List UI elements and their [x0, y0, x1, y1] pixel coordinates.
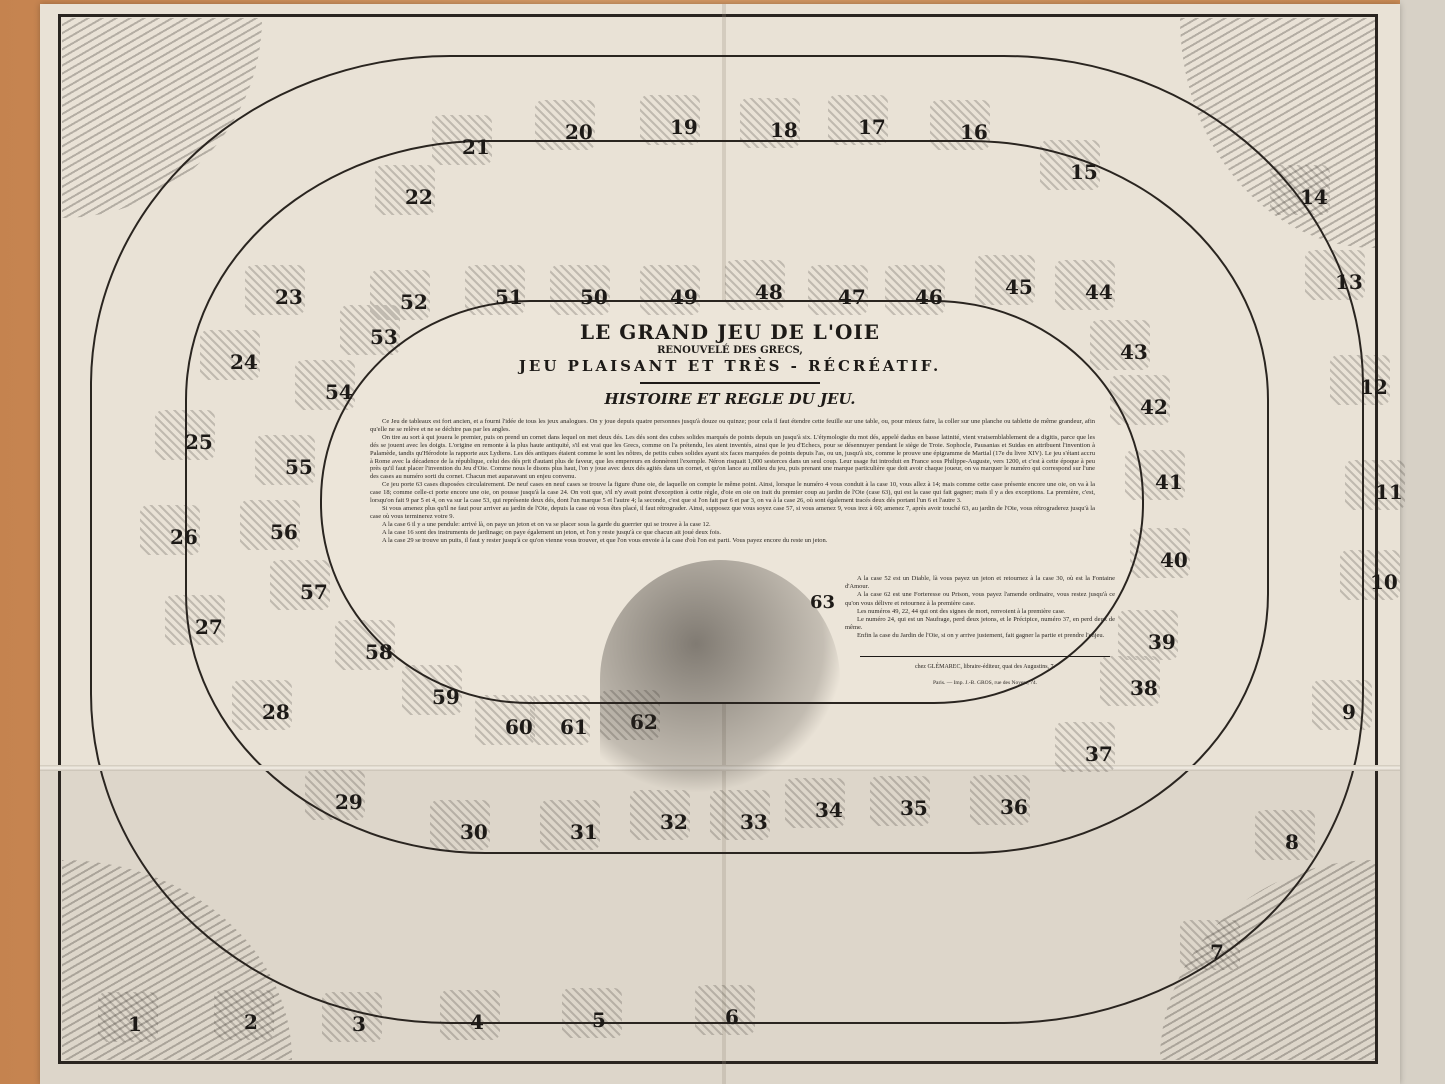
- rules-paragraph: Ce Jeu de tableaux est fort ancien, et a…: [370, 418, 1095, 434]
- rules-paragraph: Les numéros 49, 22, 44 qui ont des signe…: [845, 608, 1115, 616]
- background-wall: [1400, 0, 1445, 1084]
- board-square-number: 2: [244, 1010, 258, 1034]
- title-divider: [640, 382, 820, 384]
- board-square-number: 59: [432, 685, 460, 709]
- board-square-number: 7: [1210, 940, 1224, 964]
- rules-paragraph: A la case 29 se trouve un puits, il faut…: [370, 537, 1095, 545]
- board-square-number: 47: [838, 285, 866, 309]
- board-square-number: 52: [400, 290, 428, 314]
- rules-paragraph: Enfin la case du Jardin de l'Oie, si on …: [845, 632, 1115, 640]
- publisher-line: chez GLÉMAREC, libraire-éditeur, quai de…: [855, 664, 1115, 670]
- rules-paragraph: A la case 16 sont des instruments de jar…: [370, 529, 1095, 537]
- board-square-number: 48: [755, 280, 783, 304]
- final-square-number: 63: [810, 592, 835, 613]
- board-square-number: 58: [365, 640, 393, 664]
- board-square-number: 38: [1130, 676, 1158, 700]
- board-square-number: 61: [560, 715, 588, 739]
- board-square-number: 19: [670, 115, 698, 139]
- board-square-number: 16: [960, 120, 988, 144]
- board-subtitle: RENOUVELÉ DES GRECS,: [560, 345, 900, 356]
- board-square-number: 45: [1005, 275, 1033, 299]
- board-tagline: JEU PLAISANT ET TRÈS - RÉCRÉATIF.: [430, 357, 1030, 375]
- board-square-number: 43: [1120, 340, 1148, 364]
- board-square-number: 28: [262, 700, 290, 724]
- rules-paragraph: Si vous amenez plus qu'il ne faut pour a…: [370, 505, 1095, 521]
- board-square-number: 23: [275, 285, 303, 309]
- board-square-number: 24: [230, 350, 258, 374]
- board-square-number: 50: [580, 285, 608, 309]
- board-square-number: 3: [352, 1012, 366, 1036]
- board-square-number: 46: [915, 285, 943, 309]
- rules-paragraph: A la case 6 il y a une pendule: arrivé l…: [370, 521, 1095, 529]
- board-square-number: 29: [335, 790, 363, 814]
- board-square-number: 30: [460, 820, 488, 844]
- garden-tree-illustration: [600, 560, 840, 800]
- board-square-number: 60: [505, 715, 533, 739]
- rules-paragraph: On tire au sort à qui jouera le premier,…: [370, 434, 1095, 481]
- board-square-number: 36: [1000, 795, 1028, 819]
- board-square-number: 53: [370, 325, 398, 349]
- board-square-number: 37: [1085, 742, 1113, 766]
- board-square-number: 55: [285, 455, 313, 479]
- rules-heading: HISTOIRE ET REGLE DU JEU.: [530, 390, 930, 408]
- publisher-divider: [860, 656, 1110, 657]
- rules-paragraph: A la case 52 est un Diable, là vous paye…: [845, 575, 1115, 591]
- board-square-number: 57: [300, 580, 328, 604]
- rules-text: Ce Jeu de tableaux est fort ancien, et a…: [370, 418, 1095, 545]
- board-title: LE GRAND JEU DE L'OIE: [560, 320, 900, 344]
- board-square-number: 56: [270, 520, 298, 544]
- board-square-number: 49: [670, 285, 698, 309]
- board-square-number: 14: [1300, 185, 1328, 209]
- rules-paragraph: Le numéro 24, qui est un Naufrage, perd …: [845, 616, 1115, 632]
- printer-line: Paris. — Imp. J.-B. GROS, rue des Noyers…: [855, 680, 1115, 686]
- rules-paragraph: A la case 62 est une Forteresse ou Priso…: [845, 591, 1115, 607]
- board-square-number: 12: [1360, 375, 1388, 399]
- board-square-number: 22: [405, 185, 433, 209]
- board-square-number: 18: [770, 118, 798, 142]
- board-square-number: 26: [170, 525, 198, 549]
- board-square-number: 31: [570, 820, 598, 844]
- board-square-number: 17: [858, 115, 886, 139]
- board-square-number: 20: [565, 120, 593, 144]
- board-square-number: 42: [1140, 395, 1168, 419]
- board-square-number: 13: [1335, 270, 1363, 294]
- board-square-number: 27: [195, 615, 223, 639]
- board-square-number: 33: [740, 810, 768, 834]
- board-square-number: 8: [1285, 830, 1299, 854]
- board-square-number: 9: [1342, 700, 1356, 724]
- board-square-number: 25: [185, 430, 213, 454]
- board-square-number: 6: [725, 1005, 739, 1029]
- board-square-number: 39: [1148, 630, 1176, 654]
- board-square-number: 41: [1155, 470, 1183, 494]
- board-square-number: 35: [900, 796, 928, 820]
- board-square-number: 11: [1375, 480, 1403, 504]
- board-square-number: 21: [462, 135, 490, 159]
- board-square-number: 34: [815, 798, 843, 822]
- rules-text-right: A la case 52 est un Diable, là vous paye…: [845, 575, 1115, 641]
- board-square-number: 32: [660, 810, 688, 834]
- board-square-number: 1: [128, 1012, 142, 1036]
- board-square-number: 44: [1085, 280, 1113, 304]
- board-square-number: 10: [1370, 570, 1398, 594]
- board-square-number: 54: [325, 380, 353, 404]
- board-square-number: 15: [1070, 160, 1098, 184]
- rules-paragraph: Ce jeu porte 63 cases disposées circulai…: [370, 481, 1095, 505]
- board-square-number: 4: [470, 1010, 484, 1034]
- board-square-number: 51: [495, 285, 523, 309]
- board-square-number: 40: [1160, 548, 1188, 572]
- board-square-number: 5: [592, 1008, 606, 1032]
